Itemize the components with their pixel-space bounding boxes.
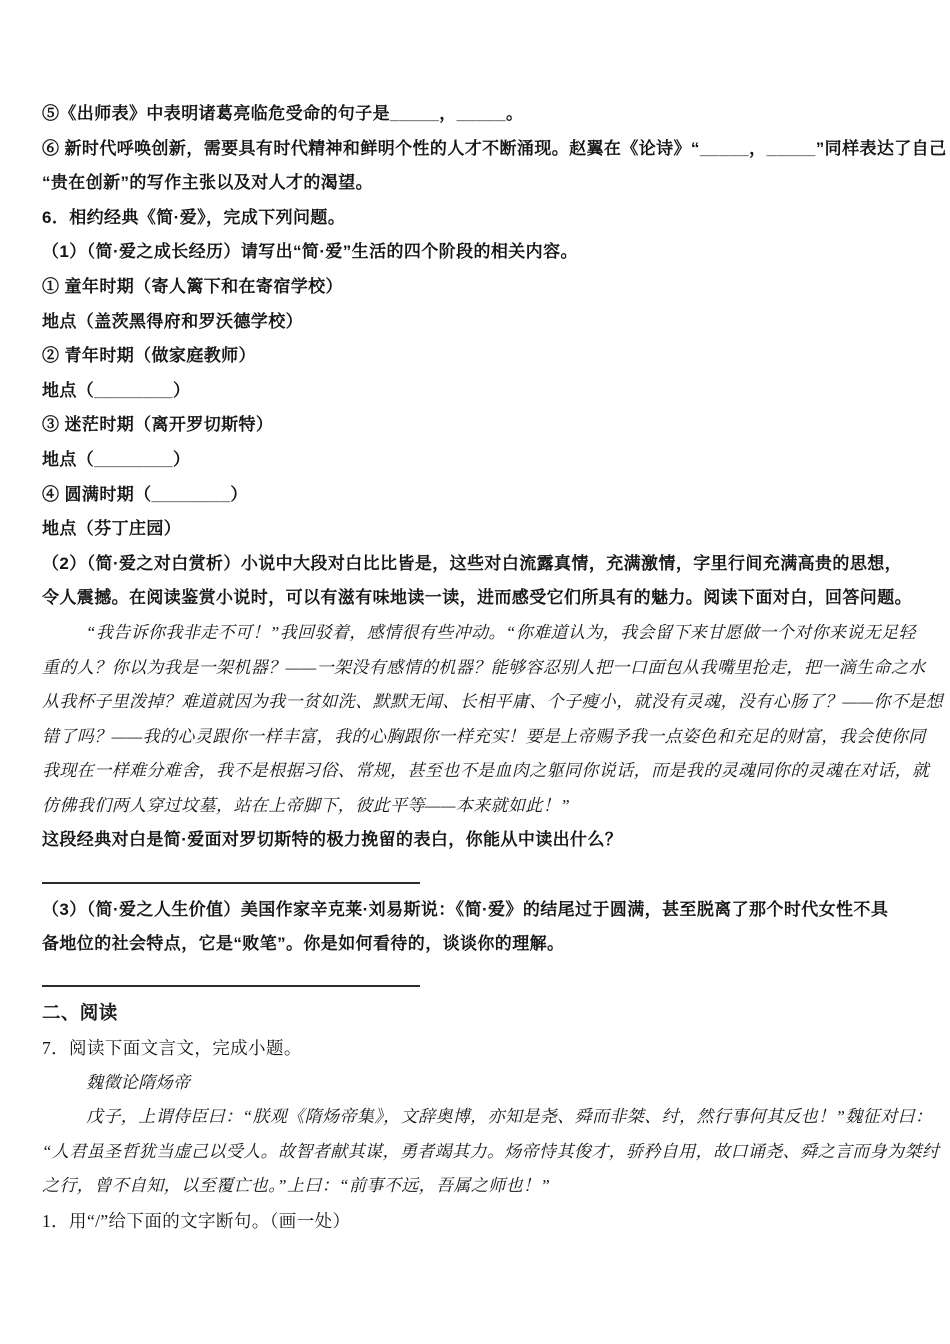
quote-line: 重的人？你以为我是一架机器？——一架没有感情的机器？能够容忍别人把一口面包从我嘴… — [42, 651, 912, 686]
quote-line: 戊子，上谓侍臣曰：“朕观《隋炀帝集》，文辞奥博，亦知是尧、舜而非桀、纣，然行事何… — [42, 1100, 912, 1135]
text-line: 地点（________） — [42, 374, 912, 409]
answer-underline — [42, 985, 420, 987]
text-line: 7．阅读下面文言文，完成小题。 — [42, 1031, 912, 1066]
text-line: ⑥ 新时代呼唤创新，需要具有时代精神和鲜明个性的人才不断涌现。赵翼在《论诗》“_… — [42, 132, 912, 167]
text-line: ④ 圆满时期（________） — [42, 478, 912, 513]
text-line: 地点（芬丁庄园） — [42, 512, 912, 547]
answer-blank-line — [42, 858, 912, 893]
quote-line: 魏徵论隋炀帝 — [42, 1066, 912, 1101]
text-line: 6．相约经典《简·爱》，完成下列问题。 — [42, 201, 912, 236]
text-line: ③ 迷茫时期（离开罗切斯特） — [42, 408, 912, 443]
text-line: ① 童年时期（寄人篱下和在寄宿学校） — [42, 270, 912, 305]
text-line: ② 青年时期（做家庭教师） — [42, 339, 912, 374]
text-line: 地点（________） — [42, 443, 912, 478]
text-line: 备地位的社会特点，它是“败笔”。你是如何看待的，谈谈你的理解。 — [42, 927, 912, 962]
answer-underline — [42, 882, 420, 884]
text-line: 这段经典对白是简·爱面对罗切斯特的极力挽留的表白，你能从中读出什么？ — [42, 823, 912, 858]
text-line: “贵在创新”的写作主张以及对人才的渴望。 — [42, 166, 912, 201]
section-heading: 二、阅读 — [42, 996, 912, 1031]
text-line: （2）（简·爱之对白赏析）小说中大段对白比比皆是，这些对白流露真情，充满激情，字… — [42, 547, 912, 582]
text-line: （1）（简·爱之成长经历）请写出“简·爱”生活的四个阶段的相关内容。 — [42, 235, 912, 270]
text-line: 令人震撼。在阅读鉴赏小说时，可以有滋有味地读一读，进而感受它们所具有的魅力。阅读… — [42, 581, 912, 616]
document-body: ⑤《出师表》中表明诸葛亮临危受命的句子是_____，_____。⑥ 新时代呼唤创… — [42, 97, 912, 1239]
text-line: 地点（盖茨黑得府和罗沃德学校） — [42, 305, 912, 340]
quote-line: “我告诉你我非走不可！”我回驳着，感情很有些冲动。“你难道认为，我会留下来甘愿做… — [42, 616, 912, 651]
text-line: ⑤《出师表》中表明诸葛亮临危受命的句子是_____，_____。 — [42, 97, 912, 132]
text-line: （3）（简·爱之人生价值）美国作家辛克莱·刘易斯说：《简·爱》的结尾过于圆满，甚… — [42, 893, 912, 928]
answer-blank-line — [42, 962, 912, 997]
exam-page: ⑤《出师表》中表明诸葛亮临危受命的句子是_____，_____。⑥ 新时代呼唤创… — [0, 0, 950, 1344]
quote-line: 之行，曾不自知，以至覆亡也。”上曰：“前事不远，吾属之师也！” — [42, 1169, 912, 1204]
quote-line: 从我杯子里泼掉？难道就因为我一贫如洗、默默无闻、长相平庸、个子瘦小，就没有灵魂，… — [42, 685, 912, 720]
quote-line: 仿佛我们两人穿过坟墓，站在上帝脚下，彼此平等——本来就如此！” — [42, 789, 912, 824]
quote-line: “人君虽圣哲犹当虚己以受人。故智者献其谋，勇者竭其力。炀帝恃其俊才，骄矜自用，故… — [42, 1135, 912, 1170]
text-line: 1．用“/”给下面的文字断句。（画一处） — [42, 1204, 912, 1239]
quote-line: 我现在一样难分难舍，我不是根据习俗、常规，甚至也不是血肉之躯同你说话，而是我的灵… — [42, 754, 912, 789]
quote-line: 错了吗？——我的心灵跟你一样丰富，我的心胸跟你一样充实！要是上帝赐予我一点姿色和… — [42, 720, 912, 755]
